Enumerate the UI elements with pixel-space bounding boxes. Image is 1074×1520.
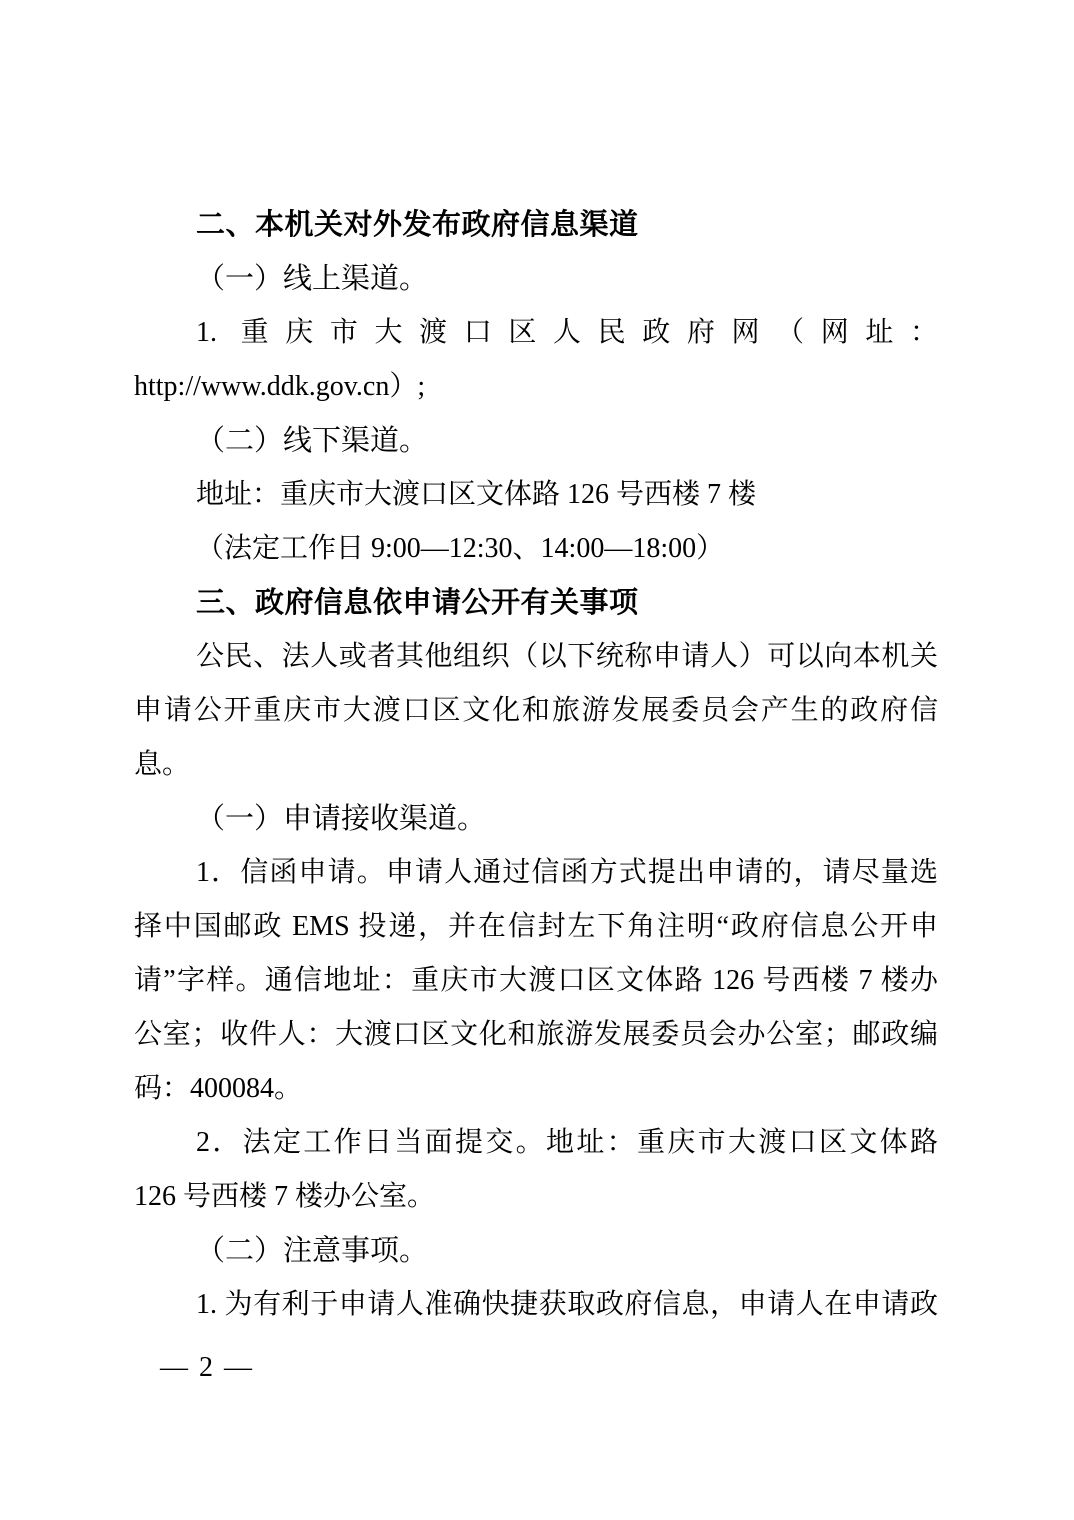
para-application-intro-line-3: 息。 [134, 738, 938, 792]
para-offline-address: 地址：重庆市大渡口区文体路 126 号西楼 7 楼 [134, 468, 938, 522]
document-page: 二、本机关对外发布政府信息渠道 （一）线上渠道。 1. 重庆市大渡口区人民政府网… [0, 0, 1074, 1520]
para-mail-application-line-3: 请”字样。通信地址：重庆市大渡口区文体路 126 号西楼 7 楼办 [134, 954, 938, 1008]
para-website-url: http://www.ddk.gov.cn）; [134, 360, 938, 414]
subheading-application-channels: （一）申请接收渠道。 [134, 792, 938, 846]
heading-section-2: 二、本机关对外发布政府信息渠道 [134, 198, 938, 252]
para-application-intro-line-2: 申请公开重庆市大渡口区文化和旅游发展委员会产生的政府信 [134, 684, 938, 738]
para-note-1: 1. 为有利于申请人准确快捷获取政府信息，申请人在申请政 [134, 1278, 938, 1332]
para-working-hours: （法定工作日 9:00—12:30、14:00—18:00） [134, 522, 938, 576]
subheading-offline-channel: （二）线下渠道。 [134, 414, 938, 468]
para-mail-application-line-4: 公室；收件人：大渡口区文化和旅游发展委员会办公室；邮政编 [134, 1008, 938, 1062]
para-mail-application-line-2: 择中国邮政 EMS 投递，并在信封左下角注明“政府信息公开申 [134, 900, 938, 954]
document-body: 二、本机关对外发布政府信息渠道 （一）线上渠道。 1. 重庆市大渡口区人民政府网… [134, 198, 938, 1332]
para-in-person-line-1: 2．法定工作日当面提交。地址：重庆市大渡口区文体路 [134, 1116, 938, 1170]
para-in-person-line-2: 126 号西楼 7 楼办公室。 [134, 1170, 938, 1224]
heading-section-3: 三、政府信息依申请公开有关事项 [134, 576, 938, 630]
para-mail-application-line-1: 1．信函申请。申请人通过信函方式提出申请的，请尽量选 [134, 846, 938, 900]
subheading-notes: （二）注意事项。 [134, 1224, 938, 1278]
para-mail-application-line-5: 码：400084。 [134, 1062, 938, 1116]
subheading-online-channel: （一）线上渠道。 [134, 252, 938, 306]
para-application-intro-line-1: 公民、法人或者其他组织（以下统称申请人）可以向本机关 [134, 630, 938, 684]
para-gov-website: 1. 重庆市大渡口区人民政府网（网址： [134, 306, 938, 360]
page-number: — 2 — [160, 1341, 254, 1395]
